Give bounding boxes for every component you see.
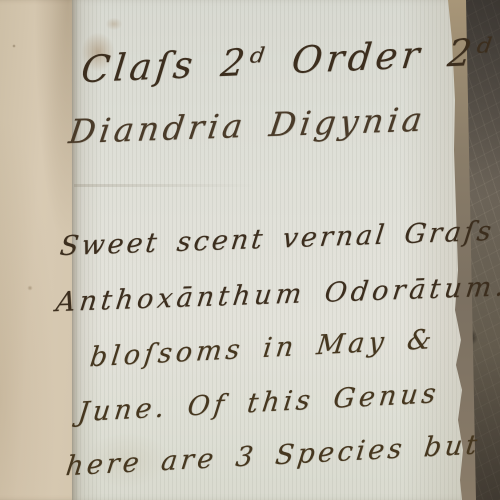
photo-scene: Claſs 2ᵈ Order 2ᵈ Diandria Digynia Sweet… <box>0 0 500 500</box>
page-crease <box>74 184 274 187</box>
